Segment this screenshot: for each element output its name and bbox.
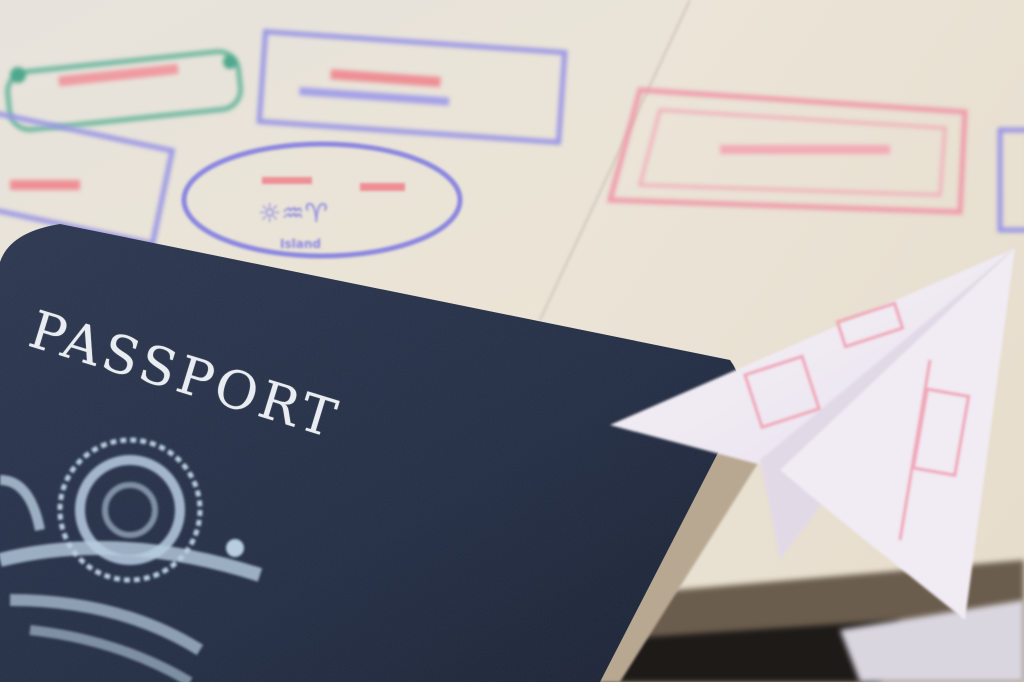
svg-text:☼♒♈: ☼♒♈	[258, 199, 328, 229]
photo-scene: ☼♒♈ Island	[0, 0, 1024, 682]
svg-text:Island: Island	[280, 237, 321, 251]
